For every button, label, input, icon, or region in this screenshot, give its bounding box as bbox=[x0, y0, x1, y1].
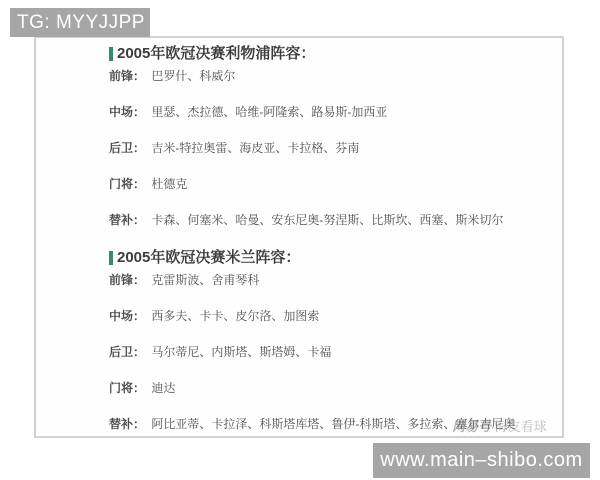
position-label: 中场： bbox=[109, 105, 145, 119]
lineup-row: 前锋： 巴罗什、科威尔 bbox=[109, 68, 544, 85]
tg-watermark-banner: TG: MYYJJPP bbox=[10, 8, 150, 37]
player-names: 迪达 bbox=[151, 381, 175, 395]
lineup-row: 替补： 阿比亚蒂、卡拉泽、科斯塔库塔、鲁伊-科斯塔、多拉索、塞尔吉尼奥 bbox=[109, 416, 544, 433]
player-names: 马尔蒂尼、内斯塔、斯塔姆、卡福 bbox=[151, 345, 331, 359]
position-label: 中场： bbox=[109, 309, 145, 323]
player-names: 杜德克 bbox=[151, 177, 187, 191]
position-label: 替补： bbox=[109, 213, 145, 227]
section-title-liverpool: 2005年欧冠决赛利物浦阵容： bbox=[109, 44, 544, 64]
article-content-card: 2005年欧冠决赛利物浦阵容： 前锋： 巴罗什、科威尔 中场： 里瑟、杰拉德、哈… bbox=[34, 36, 564, 438]
lineup-row: 替补： 卡森、何塞米、哈曼、安东尼奥-努涅斯、比斯坎、西塞、斯米切尔 bbox=[109, 212, 544, 229]
position-label: 替补： bbox=[109, 417, 145, 431]
lineup-row: 中场： 里瑟、杰拉德、哈维-阿隆索、路易斯-加西亚 bbox=[109, 104, 544, 121]
accent-bar-icon bbox=[109, 47, 113, 61]
lineup-row: 后卫： 吉米-特拉奥雷、海皮亚、卡拉格、芬南 bbox=[109, 140, 544, 157]
position-label: 前锋： bbox=[109, 69, 145, 83]
accent-bar-icon bbox=[109, 251, 113, 265]
player-names: 克雷斯波、舍甫琴科 bbox=[151, 273, 259, 287]
site-url-banner: www.main–shibo.com bbox=[373, 443, 590, 478]
section-title-text: 2005年欧冠决赛米兰阵容： bbox=[117, 248, 300, 268]
lineup-row: 前锋： 克雷斯波、舍甫琴科 bbox=[109, 272, 544, 289]
player-names: 吉米-特拉奥雷、海皮亚、卡拉格、芬南 bbox=[151, 141, 359, 155]
lineup-row: 后卫： 马尔蒂尼、内斯塔、斯塔姆、卡福 bbox=[109, 344, 544, 361]
player-names: 里瑟、杰拉德、哈维-阿隆索、路易斯-加西亚 bbox=[151, 105, 387, 119]
lineup-row: 门将： 杜德克 bbox=[109, 176, 544, 193]
section-title-text: 2005年欧冠决赛利物浦阵容： bbox=[117, 44, 315, 64]
player-names: 阿比亚蒂、卡拉泽、科斯塔库塔、鲁伊-科斯塔、多拉索、塞尔吉尼奥 bbox=[151, 417, 515, 431]
player-names: 卡森、何塞米、哈曼、安东尼奥-努涅斯、比斯坎、西塞、斯米切尔 bbox=[151, 213, 503, 227]
position-label: 后卫： bbox=[109, 141, 145, 155]
lineup-row: 中场： 西多夫、卡卡、皮尔洛、加图索 bbox=[109, 308, 544, 325]
page: TG: MYYJJPP 2005年欧冠决赛利物浦阵容： 前锋： 巴罗什、科威尔 … bbox=[0, 0, 600, 480]
player-names: 巴罗什、科威尔 bbox=[151, 69, 235, 83]
player-names: 西多夫、卡卡、皮尔洛、加图索 bbox=[151, 309, 319, 323]
lineup-row: 门将： 迪达 bbox=[109, 380, 544, 397]
position-label: 后卫： bbox=[109, 345, 145, 359]
section-title-milan: 2005年欧冠决赛米兰阵容： bbox=[109, 248, 544, 268]
position-label: 门将： bbox=[109, 177, 145, 191]
position-label: 门将： bbox=[109, 381, 145, 395]
position-label: 前锋： bbox=[109, 273, 145, 287]
